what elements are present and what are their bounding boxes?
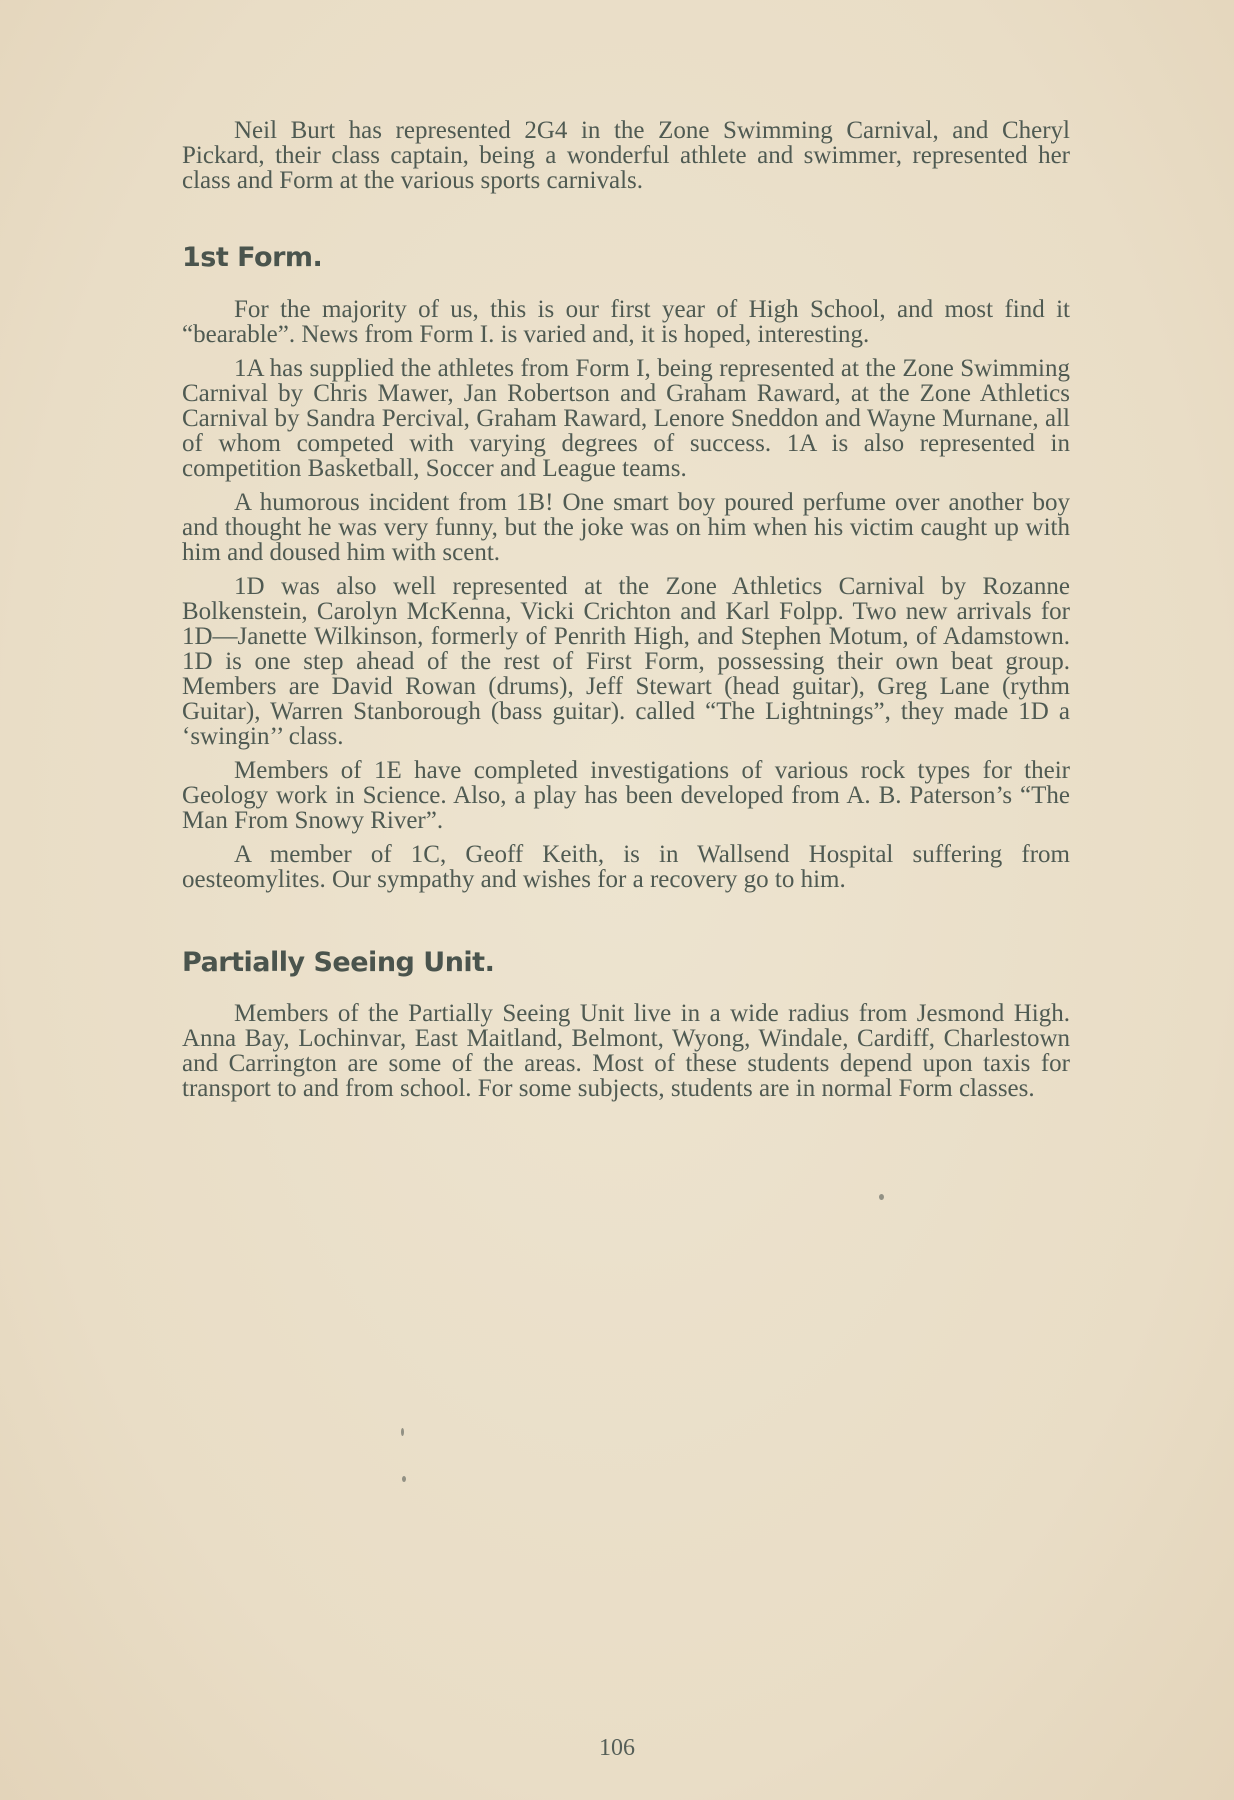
first-form-paragraph: For the majority of us, this is our firs… — [182, 297, 1070, 347]
first-form-paragraph: A member of 1C, Geoff Keith, is in Walls… — [182, 842, 1070, 892]
print-speck — [402, 1476, 406, 1482]
intro-paragraph: Neil Burt has represented 2G4 in the Zon… — [182, 118, 1070, 193]
section-heading-partially-seeing-unit: Partially Seeing Unit. — [182, 950, 1070, 975]
page-number: 106 — [0, 1735, 1234, 1762]
first-form-paragraph: Members of 1E have completed investigati… — [182, 758, 1070, 833]
partially-seeing-unit-paragraph: Members of the Partially Seeing Unit liv… — [182, 1001, 1070, 1101]
print-speck — [879, 1194, 884, 1200]
first-form-paragraph: 1A has supplied the athletes from Form I… — [182, 356, 1070, 481]
document-page: Neil Burt has represented 2G4 in the Zon… — [0, 0, 1234, 1800]
first-form-paragraph: 1D was also well represented at the Zone… — [182, 574, 1070, 749]
first-form-paragraph: A humorous incident from 1B! One smart b… — [182, 490, 1070, 565]
page-content: Neil Burt has represented 2G4 in the Zon… — [182, 118, 1070, 1110]
print-speck — [401, 1428, 404, 1436]
section-heading-first-form: 1st Form. — [182, 245, 1070, 270]
